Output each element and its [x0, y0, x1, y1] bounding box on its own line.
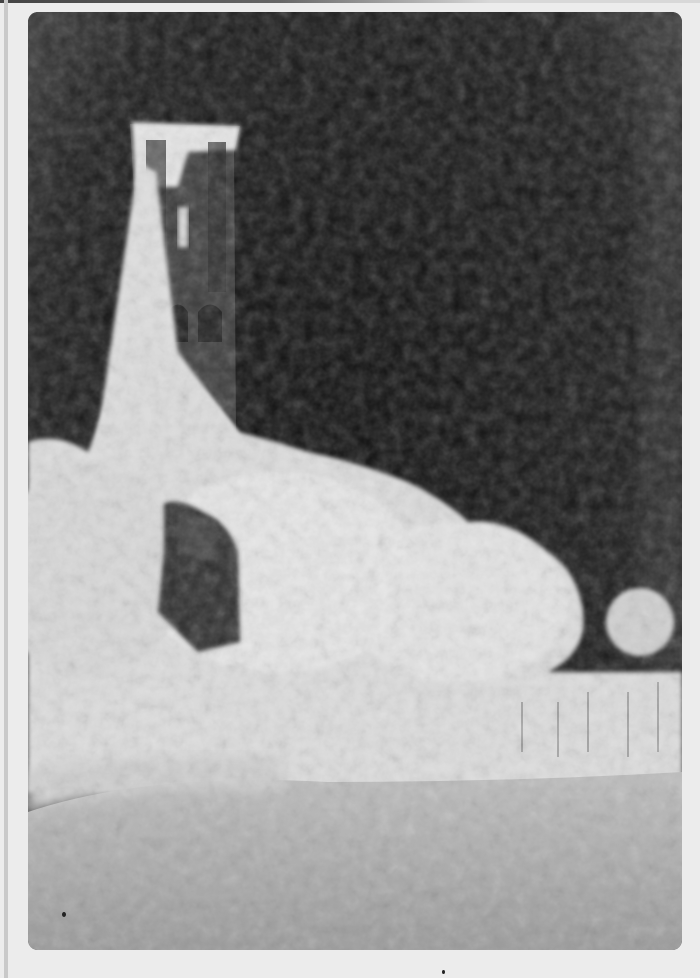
photo-negative [28, 12, 682, 950]
film-speck [442, 970, 445, 974]
scene [28, 12, 682, 950]
film-speck [62, 912, 66, 917]
film-left-edge [4, 0, 8, 978]
negative-border [0, 0, 700, 978]
film-top-edge [0, 0, 700, 3]
